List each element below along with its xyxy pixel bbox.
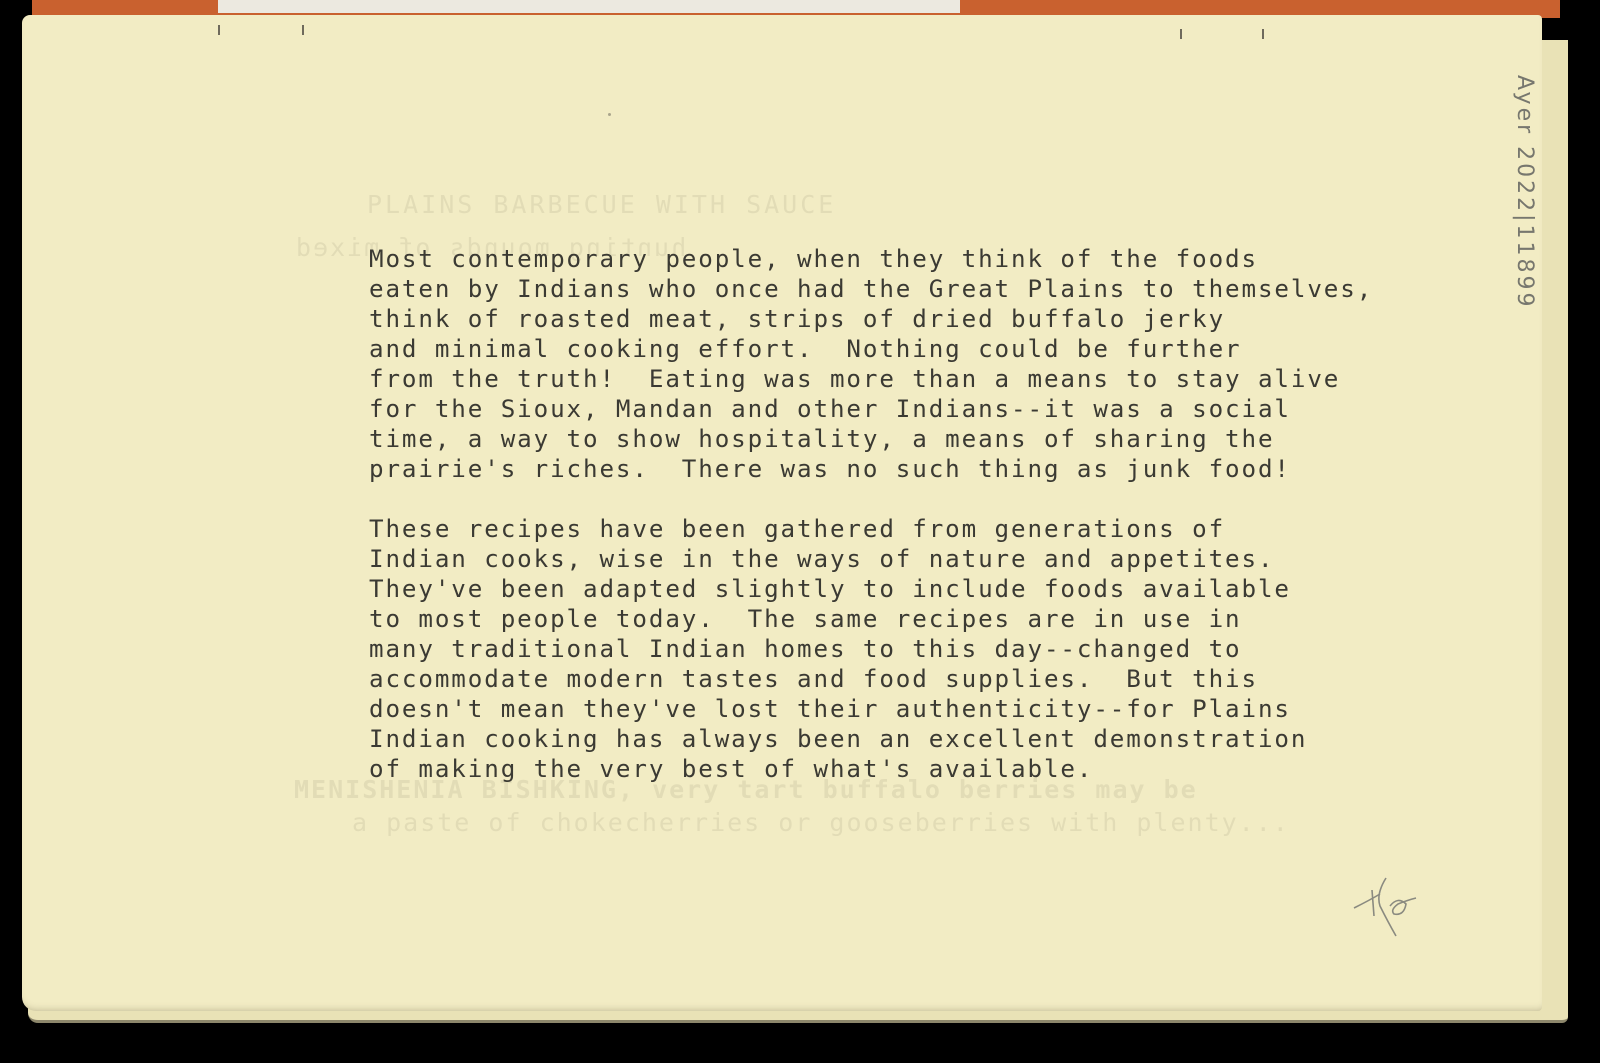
staple-mark — [1262, 29, 1264, 39]
text-line: many traditional Indian homes to this da… — [369, 635, 1242, 663]
text-line: to most people today. The same recipes a… — [369, 605, 1242, 633]
text-line: of making the very best of what's availa… — [369, 755, 1093, 783]
margin-pencil-note: Ayer 2022|11899 — [1512, 75, 1537, 310]
text-line: think of roasted meat, strips of dried b… — [369, 305, 1225, 333]
text-line: Indian cooks, wise in the ways of nature… — [369, 545, 1274, 573]
text-line: They've been adapted slightly to include… — [369, 575, 1291, 603]
bleed-through-title: PLAINS BARBECUE WITH SAUCE — [367, 190, 836, 219]
text-line: prairie's riches. There was no such thin… — [369, 455, 1291, 483]
text-line: Most contemporary people, when they thin… — [369, 245, 1258, 273]
text-line: These recipes have been gathered from ge… — [369, 515, 1225, 543]
text-line: for the Sioux, Mandan and other Indians-… — [369, 395, 1291, 423]
text-line: from the truth! Eating was more than a m… — [369, 365, 1340, 393]
cover-notch — [218, 0, 960, 13]
paragraph-recipes: These recipes have been gathered from ge… — [369, 514, 1373, 784]
text-line: doesn't mean they've lost their authenti… — [369, 695, 1291, 723]
staple-mark — [1180, 29, 1182, 39]
text-line: time, a way to show hospitality, a means… — [369, 425, 1274, 453]
pencil-initials-mark — [1350, 870, 1430, 940]
text-line: Indian cooking has always been an excell… — [369, 725, 1307, 753]
staple-mark — [218, 25, 220, 35]
staple-mark — [302, 25, 304, 35]
document-page: PLAINS BARBECUE WITH SAUCE hunting mound… — [22, 15, 1542, 1011]
paragraph-intro: Most contemporary people, when they thin… — [369, 244, 1373, 484]
text-line: and minimal cooking effort. Nothing coul… — [369, 335, 1242, 363]
paper-speck — [608, 113, 611, 116]
text-line: eaten by Indians who once had the Great … — [369, 275, 1373, 303]
bleed-through-line: a paste of chokecherries or gooseberries… — [352, 808, 1290, 837]
text-line: accommodate modern tastes and food suppl… — [369, 665, 1258, 693]
body-text: Most contemporary people, when they thin… — [369, 244, 1373, 784]
